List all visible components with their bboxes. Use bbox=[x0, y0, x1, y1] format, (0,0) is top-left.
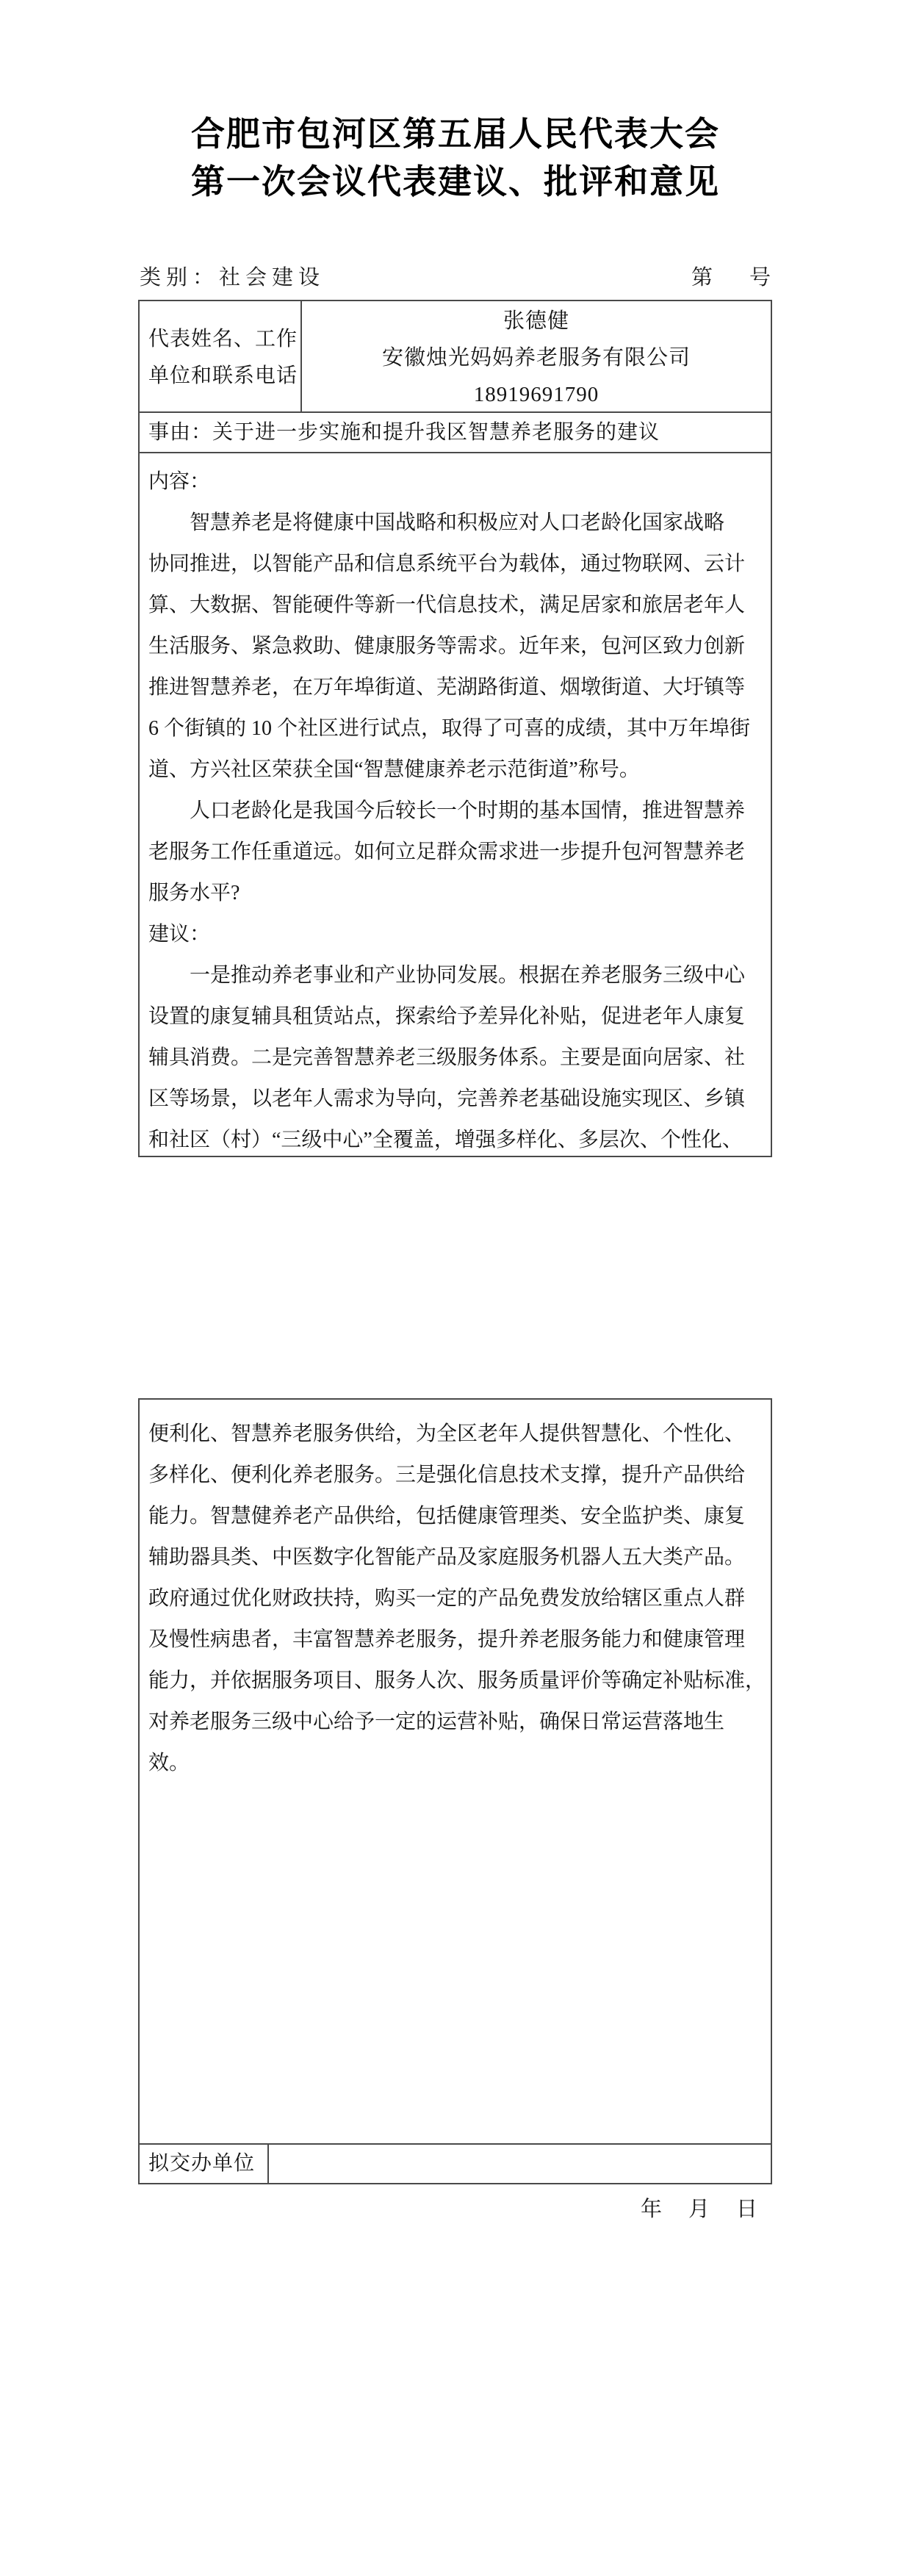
content-line: 对养老服务三级中心给予一定的运营补贴，确保日常运营落地生 bbox=[148, 1702, 762, 1743]
representative-label-line1: 代表姓名、工作 bbox=[148, 321, 300, 358]
assign-unit-label: 拟交办单位 bbox=[140, 2145, 269, 2183]
content-line: 协同推进，以智能产品和信息系统平台为载体，通过物联网、云计 bbox=[148, 544, 762, 585]
content-cell-page2: 便利化、智慧养老服务供给，为全区老年人提供智慧化、个性化、多样化、便利化养老服务… bbox=[140, 1400, 771, 2143]
content-line: 一是推动养老事业和产业协同发展。根据在养老服务三级中心 bbox=[148, 955, 762, 996]
content-line: 建议： bbox=[148, 914, 762, 955]
date-day-label: 日 bbox=[736, 2189, 757, 2230]
document-title-line2: 第一次会议代表建议、批评和意见 bbox=[0, 158, 911, 206]
content-line: 政府通过优化财政扶持，购买一定的产品免费发放给辖区重点人群 bbox=[148, 1578, 762, 1619]
content-line: 能力，并依据服务项目、服务人次、服务质量评价等确定补贴标准， bbox=[148, 1661, 762, 1702]
content-line: 推进智慧养老，在万年埠街道、芜湖路街道、烟墩街道、大圩镇等 bbox=[148, 667, 762, 708]
content-cell-page1: 内容： 智慧养老是将健康中国战略和积极应对人口老龄化国家战略协同推进，以智能产品… bbox=[140, 453, 771, 1156]
content-line: 道、方兴社区荣获全国“智慧健康养老示范街道”称号。 bbox=[148, 749, 762, 791]
content-line: 区等场景，以老年人需求为导向，完善养老基础设施实现区、乡镇 bbox=[148, 1079, 762, 1120]
content-line: 及慢性病患者，丰富智慧养老服务，提升养老服务能力和健康管理 bbox=[148, 1619, 762, 1661]
assign-unit-value-cell bbox=[269, 2145, 771, 2183]
subject-text: 关于进一步实施和提升我区智慧养老服务的建议 bbox=[212, 421, 660, 444]
content-line: 智慧养老是将健康中国战略和积极应对人口老龄化国家战略 bbox=[148, 503, 762, 544]
representative-name: 张德健 bbox=[302, 303, 771, 339]
document-number-field: 第 号 bbox=[691, 257, 772, 298]
content-line: 生活服务、紧急救助、健康服务等需求。近年来，包河区致力创新 bbox=[148, 626, 762, 667]
document-title: 合肥市包河区第五届人民代表大会 第一次会议代表建议、批评和意见 bbox=[0, 110, 911, 206]
content-line: 辅助器具类、中医数字化智能产品及家庭服务机器人五大类产品。 bbox=[148, 1537, 762, 1578]
meta-row: 类别：社会建设 第 号 bbox=[140, 257, 772, 298]
representative-phone: 18919691790 bbox=[302, 376, 771, 413]
content-line: 设置的康复辅具租赁站点，探索给予差异化补贴，促进老年人康复 bbox=[148, 996, 762, 1037]
content-line: 内容： bbox=[148, 461, 762, 503]
assign-unit-row: 拟交办单位 bbox=[140, 2143, 771, 2183]
document-title-line1: 合肥市包河区第五届人民代表大会 bbox=[0, 110, 911, 158]
date-month-label: 月 bbox=[688, 2189, 710, 2230]
number-suffix: 号 bbox=[749, 257, 771, 298]
category-value: 社会建设 bbox=[219, 266, 325, 289]
content-line: 服务水平? bbox=[148, 873, 762, 914]
representative-label-line2: 单位和联系电话 bbox=[148, 358, 300, 395]
representative-value-cell: 张德健 安徽烛光妈妈养老服务有限公司 18919691790 bbox=[302, 301, 771, 411]
content-line: 效。 bbox=[148, 1743, 762, 1784]
document-page: 合肥市包河区第五届人民代表大会 第一次会议代表建议、批评和意见 类别：社会建设 … bbox=[0, 0, 911, 2576]
date-year-label: 年 bbox=[641, 2189, 662, 2230]
content-line: 便利化、智慧养老服务供给，为全区老年人提供智慧化、个性化、 bbox=[148, 1414, 762, 1455]
subject-row: 事由：关于进一步实施和提升我区智慧养老服务的建议 bbox=[140, 413, 771, 453]
content-line: 6 个街镇的 10 个社区进行试点，取得了可喜的成绩，其中万年埠街 bbox=[148, 708, 762, 749]
content-line: 算、大数据、智能硬件等新一代信息技术，满足居家和旅居老年人 bbox=[148, 585, 762, 626]
category-field: 类别：社会建设 bbox=[140, 257, 325, 298]
content-line: 老服务工作任重道远。如何立足群众需求进一步提升包河智慧养老 bbox=[148, 832, 762, 873]
form-table-page2: 便利化、智慧养老服务供给，为全区老年人提供智慧化、个性化、多样化、便利化养老服务… bbox=[138, 1398, 772, 2184]
number-prefix: 第 bbox=[691, 257, 713, 298]
subject-label: 事由： bbox=[148, 421, 212, 444]
content-line: 辅具消费。二是完善智慧养老三级服务体系。主要是面向居家、社 bbox=[148, 1037, 762, 1079]
content-line: 能力。智慧健养老产品供给，包括健康管理类、安全监护类、康复 bbox=[148, 1496, 762, 1537]
representative-organization: 安徽烛光妈妈养老服务有限公司 bbox=[302, 339, 771, 376]
content-line: 和社区（村）“三级中心”全覆盖，增强多样化、多层次、个性化、 bbox=[148, 1120, 762, 1156]
content-line: 多样化、便利化养老服务。三是强化信息技术支撑，提升产品供给 bbox=[148, 1455, 762, 1496]
date-line: 年 月 日 bbox=[138, 2189, 772, 2230]
content-line: 人口老龄化是我国今后较长一个时期的基本国情，推进智慧养 bbox=[148, 791, 762, 832]
representative-label-cell: 代表姓名、工作 单位和联系电话 bbox=[140, 301, 302, 411]
category-label: 类别： bbox=[140, 266, 219, 289]
form-table-page1: 代表姓名、工作 单位和联系电话 张德健 安徽烛光妈妈养老服务有限公司 18919… bbox=[138, 300, 772, 1157]
representative-row: 代表姓名、工作 单位和联系电话 张德健 安徽烛光妈妈养老服务有限公司 18919… bbox=[140, 301, 771, 413]
